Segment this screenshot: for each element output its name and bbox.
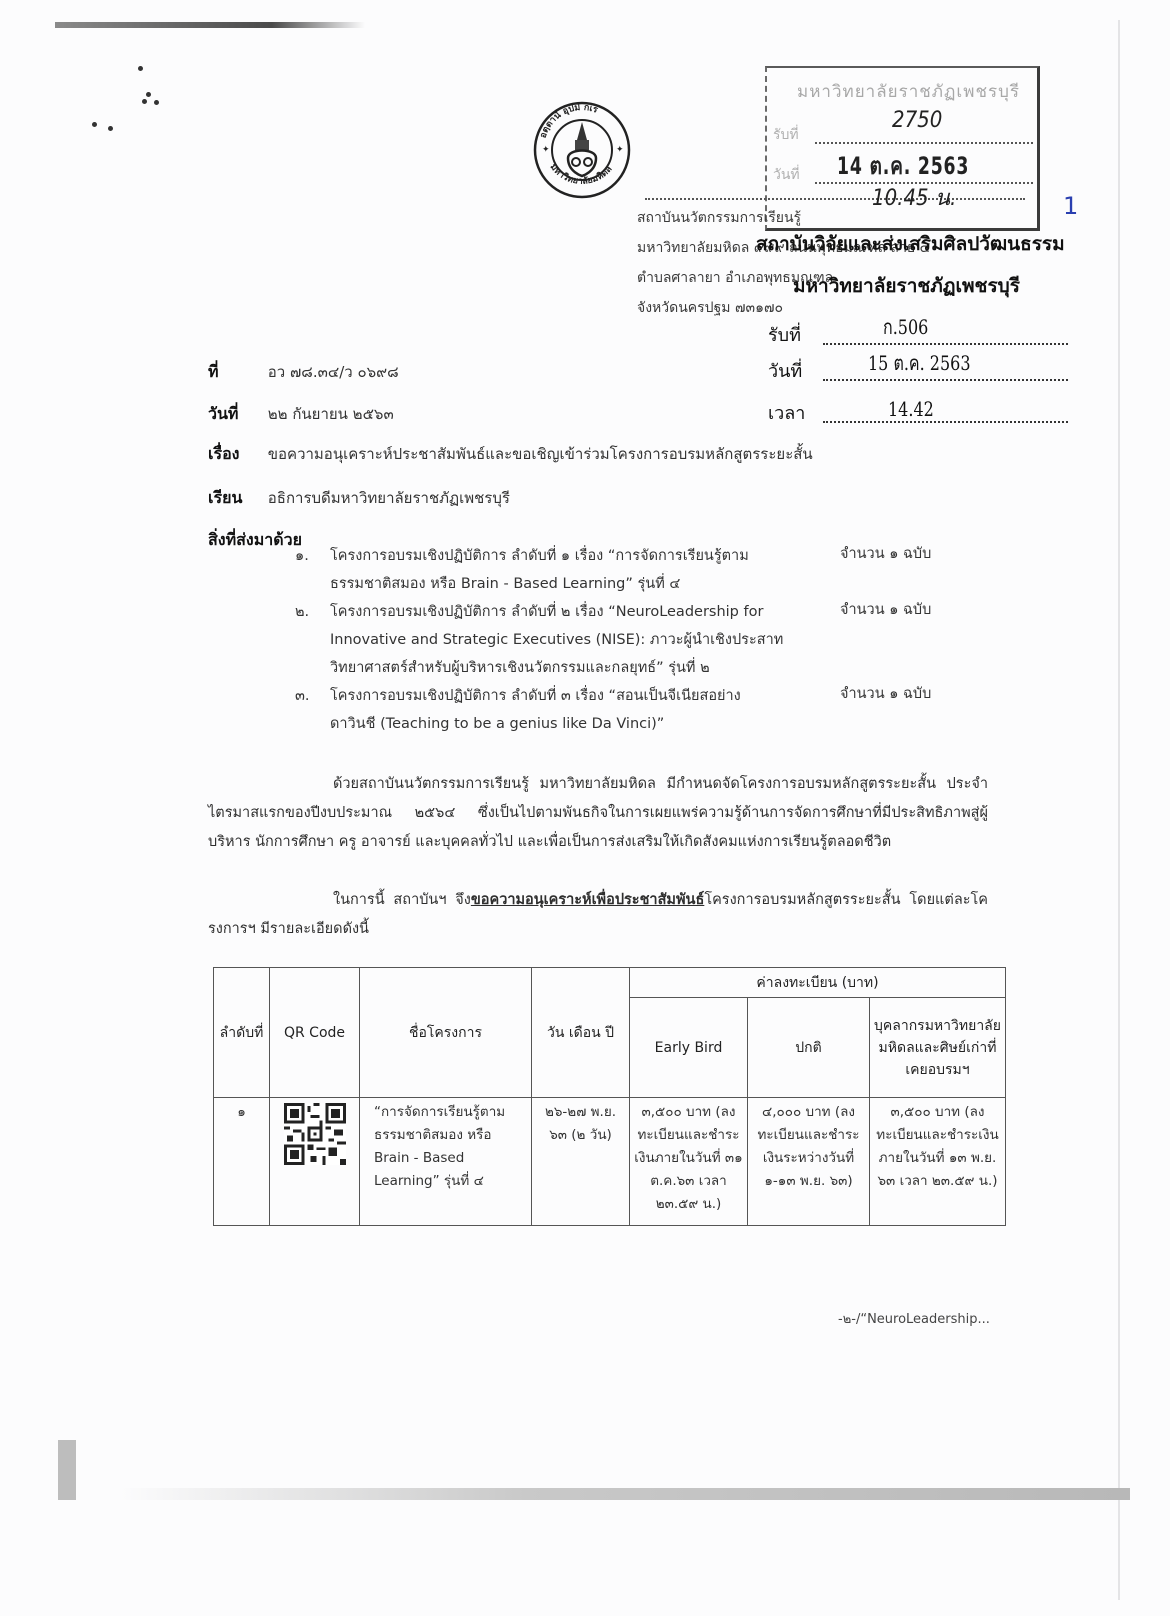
paragraph-1-text: ด้วยสถาบันนวัตกรรมการเรียนรู้ มหาวิทยาลั…	[208, 776, 988, 850]
subject-label: เรื่อง	[208, 442, 263, 467]
mahidol-university-seal-icon: ✦ ✦ อตฺตานํ อุปมํ กเร มหาวิทยาลัยมหิดล	[530, 100, 635, 200]
enclosure-number: ๓.	[295, 682, 325, 710]
cell-normal-fee: ๔,๐๐๐ บาท (ลงทะเบียนและชำระเงินระหว่างวั…	[748, 1098, 870, 1226]
cell-qr	[270, 1098, 360, 1226]
enclosure-number: ๑.	[295, 542, 325, 570]
enclosure-quantity: จำนวน ๑ ฉบับ	[840, 682, 931, 705]
course-table: ลำดับที่ QR Code ชื่อโครงการ วัน เดือน ป…	[213, 967, 1006, 1226]
enclosure-line: โครงการอบรมเชิงปฏิบัติการ ลำดับที่ ๒ เรื…	[330, 598, 810, 626]
enclosures-heading: สิ่งที่ส่งมาด้วย	[208, 528, 302, 553]
paragraph-2-text-before: ในการนี้ สถาบันฯ จึง	[333, 892, 471, 908]
cell-course-name: “การจัดการเรียนรู้ตามธรรมชาติสมอง หรือ B…	[360, 1098, 532, 1226]
reference-label: ที่	[208, 360, 263, 385]
sender-address: สถาบันนวัตกรรมการเรียนรู้ มหาวิทยาลัยมหิ…	[637, 203, 930, 323]
col-header-qr: QR Code	[270, 968, 360, 1098]
scan-artifact-left-bar	[58, 1440, 76, 1500]
qr-code-icon[interactable]	[284, 1103, 346, 1165]
cell-no: ๑	[214, 1098, 270, 1226]
scan-artifact-bottom-bar	[120, 1488, 1130, 1500]
date-value: ๒๒ กันยายน ๒๕๖๓	[268, 405, 394, 423]
enclosure-quantity: จำนวน ๑ ฉบับ	[840, 598, 931, 621]
enclosure-line: ธรรมชาติสมอง หรือ Brain - Based Learning…	[330, 570, 810, 598]
stamp2-time-value: 14.42	[888, 397, 934, 421]
stamp2-org-line-2: มหาวิทยาลัยราชภัฏเพชรบุรี	[793, 270, 1020, 302]
stamp2-date-label: วันที่	[768, 356, 802, 385]
col-header-fee-group: ค่าลงทะเบียน (บาท)	[630, 968, 1006, 998]
reference-value: อว ๗๘.๓๔/ว ๐๖๙๘	[268, 363, 399, 381]
cell-early-bird-fee: ๓,๕๐๐ บาท (ลงทะเบียนและชำระเงินภายในวันท…	[630, 1098, 748, 1226]
col-header-name: ชื่อโครงการ	[360, 968, 532, 1098]
scan-artifact-dots	[60, 38, 160, 138]
paragraph-2-emphasis: ขอความอนุเคราะห์เพื่อประชาสัมพันธ์	[471, 892, 704, 908]
subject-field: เรื่อง ขอความอนุเคราะห์ประชาสัมพันธ์และข…	[208, 442, 813, 467]
enclosure-line: ดาวินชี (Teaching to be a genius like Da…	[330, 710, 810, 738]
stamp2-org-line-1: สถาบันวิจัยและส่งเสริมศิลปวัฒนธรรม	[756, 228, 1065, 260]
enclosure-number: ๒.	[295, 598, 325, 626]
enclosure-quantity: จำนวน ๑ ฉบับ	[840, 542, 931, 565]
enclosure-line: โครงการอบรมเชิงปฏิบัติการ ลำดับที่ ๑ เรื…	[330, 542, 810, 570]
stamp-number-value: 2750	[892, 108, 942, 133]
subject-value: ขอความอนุเคราะห์ประชาสัมพันธ์และขอเชิญเข…	[268, 445, 813, 463]
col-header-no: ลำดับที่	[214, 968, 270, 1098]
stamp-date-label: วันที่	[773, 167, 800, 183]
reference-number-field: ที่ อว ๗๘.๓๔/ว ๐๖๙๘	[208, 360, 399, 385]
svg-text:✦: ✦	[542, 145, 550, 155]
date-label: วันที่	[208, 402, 263, 427]
enclosure-line: Innovative and Strategic Executives (NIS…	[330, 626, 810, 654]
continued-next-page: -๒-/“NeuroLeadership...	[838, 1308, 990, 1329]
stamp2-date-value: 15 ต.ค. 2563	[868, 347, 971, 379]
body-paragraph-2: ในการนี้ สถาบันฯ จึงขอความอนุเคราะห์เพื่…	[208, 886, 988, 944]
scan-artifact-top-bar	[55, 22, 365, 28]
body-paragraph-1: ด้วยสถาบันนวัตกรรมการเรียนรู้ มหาวิทยาลั…	[208, 770, 988, 857]
stamp2-number-label: รับที่	[768, 320, 801, 349]
stamp2-number-row: รับที่ ก.506	[768, 320, 1068, 349]
col-header-early-bird: Early Bird	[630, 998, 748, 1098]
enclosure-line: วิทยาศาสตร์สำหรับผู้บริหารเชิงนวัตกรรมแล…	[330, 654, 810, 682]
stamp-number-label: รับที่	[773, 127, 799, 143]
recipient-field: เรียน อธิการบดีมหาวิทยาลัยราชภัฏเพชรบุรี	[208, 486, 510, 511]
page-mark: 1	[1063, 192, 1078, 220]
cell-date: ๒๖-๒๗ พ.ย. ๖๓ (๒ วัน)	[532, 1098, 630, 1226]
stamp2-time-label: เวลา	[768, 398, 805, 427]
letter-date-field: วันที่ ๒๒ กันยายน ๒๕๖๓	[208, 402, 394, 427]
scanned-letter-page: ✦ ✦ อตฺตานํ อุปมํ กเร มหาวิทยาลัยมหิดล ม…	[0, 0, 1170, 1616]
cell-staff-fee: ๓,๕๐๐ บาท (ลงทะเบียนและชำระเงินภายในวันท…	[870, 1098, 1006, 1226]
stamp2-number-value: ก.506	[883, 311, 928, 343]
stamp2-time-row: เวลา 14.42	[768, 398, 1068, 427]
enclosure-line: โครงการอบรมเชิงปฏิบัติการ ลำดับที่ ๓ เรื…	[330, 682, 810, 710]
recipient-label: เรียน	[208, 486, 263, 511]
stamp2-date-row: วันที่ 15 ต.ค. 2563	[768, 356, 1068, 385]
recipient-value: อธิการบดีมหาวิทยาลัยราชภัฏเพชรบุรี	[268, 489, 510, 507]
stamp-title: มหาวิทยาลัยราชภัฏเพชรบุรี	[797, 78, 1020, 105]
scan-artifact-right-edge	[1118, 20, 1120, 1600]
col-header-staff: บุคลากรมหาวิทยาลัยมหิดลและศิษย์เก่าที่เค…	[870, 998, 1006, 1098]
col-header-normal: ปกติ	[748, 998, 870, 1098]
table-row: ๑	[214, 1098, 1006, 1226]
svg-text:✦: ✦	[616, 145, 624, 155]
col-header-date: วัน เดือน ปี	[532, 968, 630, 1098]
